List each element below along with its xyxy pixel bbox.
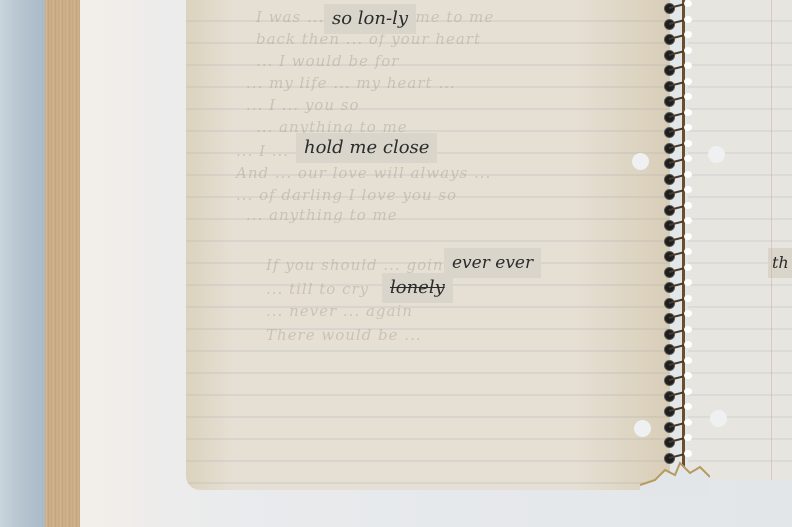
spiral-coil — [662, 16, 692, 30]
spiral-coil — [662, 62, 692, 76]
faded-lyric-line: ... never ... again — [266, 302, 413, 320]
punch-hole — [708, 146, 725, 163]
spiral-coil — [662, 326, 692, 340]
spiral-coil — [662, 140, 692, 154]
wall-background — [0, 0, 46, 527]
spiral-coil — [662, 388, 692, 402]
spiral-coil — [662, 217, 692, 231]
spiral-coil — [662, 264, 692, 278]
spiral-binding — [662, 0, 692, 470]
spiral-coil — [662, 434, 692, 448]
spiral-coil — [662, 403, 692, 417]
faded-lyric-line: ... anything to me — [246, 206, 398, 224]
notebook-page-right: th — [688, 0, 792, 480]
spiral-coil — [662, 279, 692, 293]
faded-lyric-line: ... of darling I love you so — [236, 186, 457, 204]
spiral-coil — [662, 31, 692, 45]
red-margin-line — [771, 0, 772, 480]
spiral-coil — [662, 109, 692, 123]
spiral-coil — [662, 295, 692, 309]
spiral-coil — [662, 47, 692, 61]
spiral-coil — [662, 171, 692, 185]
pasted-strip-so-lonely: so lon-ly — [324, 4, 416, 34]
faded-lyric-line: ... till to cry — [266, 280, 369, 298]
notebook-page-left: I was ... till you came to me back then … — [186, 0, 670, 490]
spiral-coil — [662, 0, 692, 14]
spiral-coil — [662, 341, 692, 355]
spiral-coil — [662, 248, 692, 262]
torn-corner — [640, 455, 710, 495]
spiral-coil — [662, 186, 692, 200]
pasted-strip-ever-ever: ever ever — [444, 248, 541, 278]
faded-lyric-line: ... I would be for — [256, 52, 399, 70]
spiral-coil — [662, 419, 692, 433]
spiral-coil — [662, 78, 692, 92]
faded-lyric-line: ... I ... you so — [246, 96, 360, 114]
punch-hole — [632, 153, 649, 170]
faded-lyric-line: ... my life ... my heart ... — [246, 74, 456, 92]
punch-hole — [634, 420, 651, 437]
pasted-strip-lonely: lonely — [382, 273, 453, 303]
punch-hole — [710, 410, 727, 427]
spiral-coil — [662, 202, 692, 216]
faded-lyric-line: If you should ... going — [266, 256, 454, 274]
faded-lyric-line: And ... our love will always ... — [236, 164, 491, 182]
spiral-coil — [662, 93, 692, 107]
spiral-coil — [662, 233, 692, 247]
spiral-coil — [662, 357, 692, 371]
spiral-coil — [662, 124, 692, 138]
pasted-strip-hold-me-close: hold me close — [296, 133, 437, 163]
faded-lyric-line: There would be ... — [266, 326, 422, 344]
spiral-coil — [662, 310, 692, 324]
wooden-frame — [45, 0, 80, 527]
spiral-coil — [662, 372, 692, 386]
spiral-coil — [662, 155, 692, 169]
